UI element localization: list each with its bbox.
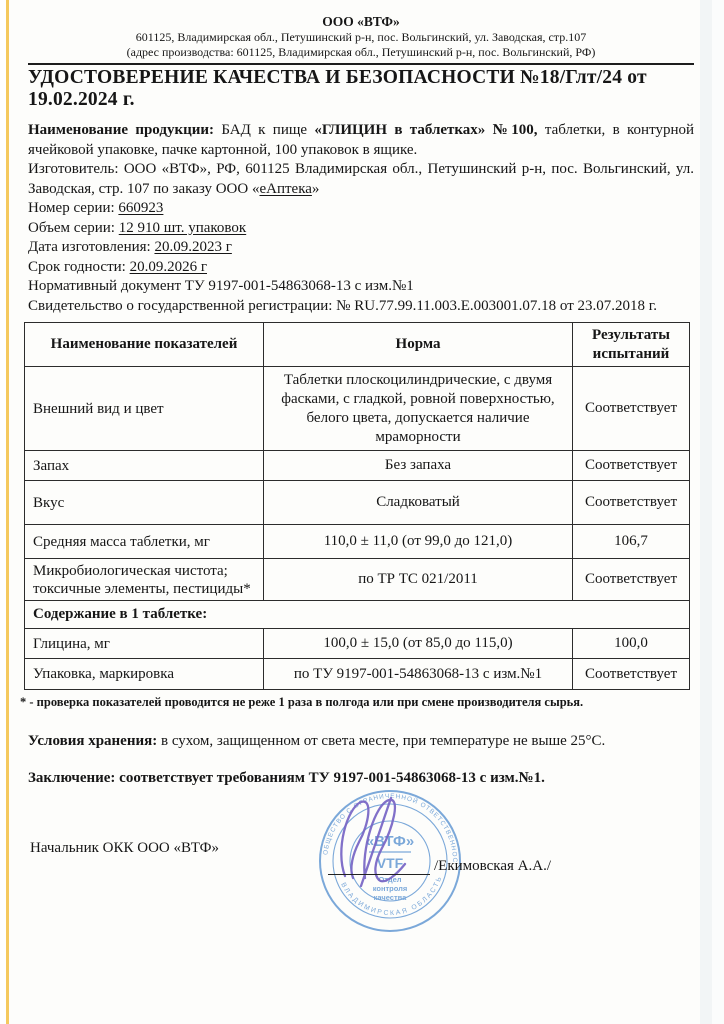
customer-name: еАптека (259, 181, 311, 197)
header-divider (28, 63, 694, 65)
column-header-indicator: Наименование показателей (25, 323, 264, 367)
batch-number-value: 660923 (118, 200, 163, 216)
table-row: Вкус Сладковатый Соответствует (25, 481, 690, 525)
batch-volume-value: 12 910 шт. упаковок (119, 220, 246, 236)
storage-label: Условия хранения: (28, 733, 157, 749)
table-footnote: * - проверка показателей проводится не р… (20, 695, 694, 710)
table-row: Запах Без запаха Соответствует (25, 451, 690, 481)
manufacture-date-value: 20.09.2023 г (154, 239, 231, 255)
column-header-result: Результаты испытаний (573, 323, 690, 367)
manufacturer-label: Изготовитель: (28, 161, 119, 177)
table-row: Микробиологическая чистота; токсичные эл… (25, 559, 690, 601)
production-address: (адрес производства: 601125, Владимирска… (28, 45, 694, 60)
company-address: 601125, Владимирская обл., Петушинский р… (28, 30, 694, 45)
svg-text:качества: качества (374, 893, 408, 902)
section-label: Содержание в 1 таблетке: (25, 601, 690, 629)
batch-volume-line: Объем серии: 12 910 шт. упаковок (28, 219, 694, 239)
signature-block: ОБЩЕСТВО С ОГРАНИЧЕННОЙ ОТВЕТСТВЕННОСТЬЮ… (28, 798, 694, 948)
signature-line (328, 874, 430, 875)
batch-number-line: Номер серии: 660923 (28, 199, 694, 219)
storage-conditions-line: Условия хранения: в сухом, защищенном от… (28, 732, 694, 752)
manufacture-date-line: Дата изготовления: 20.09.2023 г (28, 238, 694, 258)
expiry-date-line: Срок годности: 20.09.2026 г (28, 258, 694, 278)
registration-line: Свидетельство о государственной регистра… (28, 297, 694, 317)
column-header-norm: Норма (264, 323, 573, 367)
normative-document-line: Нормативный документ ТУ 9197-001-5486306… (28, 277, 694, 297)
handwritten-signature (331, 794, 426, 894)
company-name: ООО «ВТФ» (28, 14, 694, 30)
table-row: Глицина, мг 100,0 ± 15,0 (от 85,0 до 115… (25, 629, 690, 659)
expiry-date-value: 20.09.2026 г (130, 259, 207, 275)
table-header-row: Наименование показателей Норма Результат… (25, 323, 690, 367)
table-row: Средняя масса таблетки, мг 110,0 ± 11,0 … (25, 525, 690, 559)
table-row: Упаковка, маркировка по ТУ 9197-001-5486… (25, 659, 690, 690)
document-title: УДОСТОВЕРЕНИЕ КАЧЕСТВА И БЕЗОПАСНОСТИ №1… (28, 67, 694, 111)
product-paragraph: Наименование продукции: БАД к пище «ГЛИЦ… (28, 121, 694, 160)
scanned-certificate-page: ООО «ВТФ» 601125, Владимирская обл., Пет… (0, 0, 724, 1024)
product-name: «ГЛИЦИН в таблетках» №100, (314, 122, 537, 138)
specification-table: Наименование показателей Норма Результат… (24, 322, 690, 690)
signatory-name: /Екимовская А.А./ (434, 858, 551, 875)
product-label: Наименование продукции: (28, 122, 214, 138)
table-row: Внешний вид и цвет Таблетки плоскоцилинд… (25, 367, 690, 451)
table-section-row: Содержание в 1 таблетке: (25, 601, 690, 629)
signatory-title: Начальник ОКК ООО «ВТФ» (30, 840, 219, 857)
document-content: ООО «ВТФ» 601125, Владимирская обл., Пет… (0, 0, 724, 948)
manufacturer-paragraph: Изготовитель: ООО «ВТФ», РФ, 601125 Влад… (28, 160, 694, 199)
